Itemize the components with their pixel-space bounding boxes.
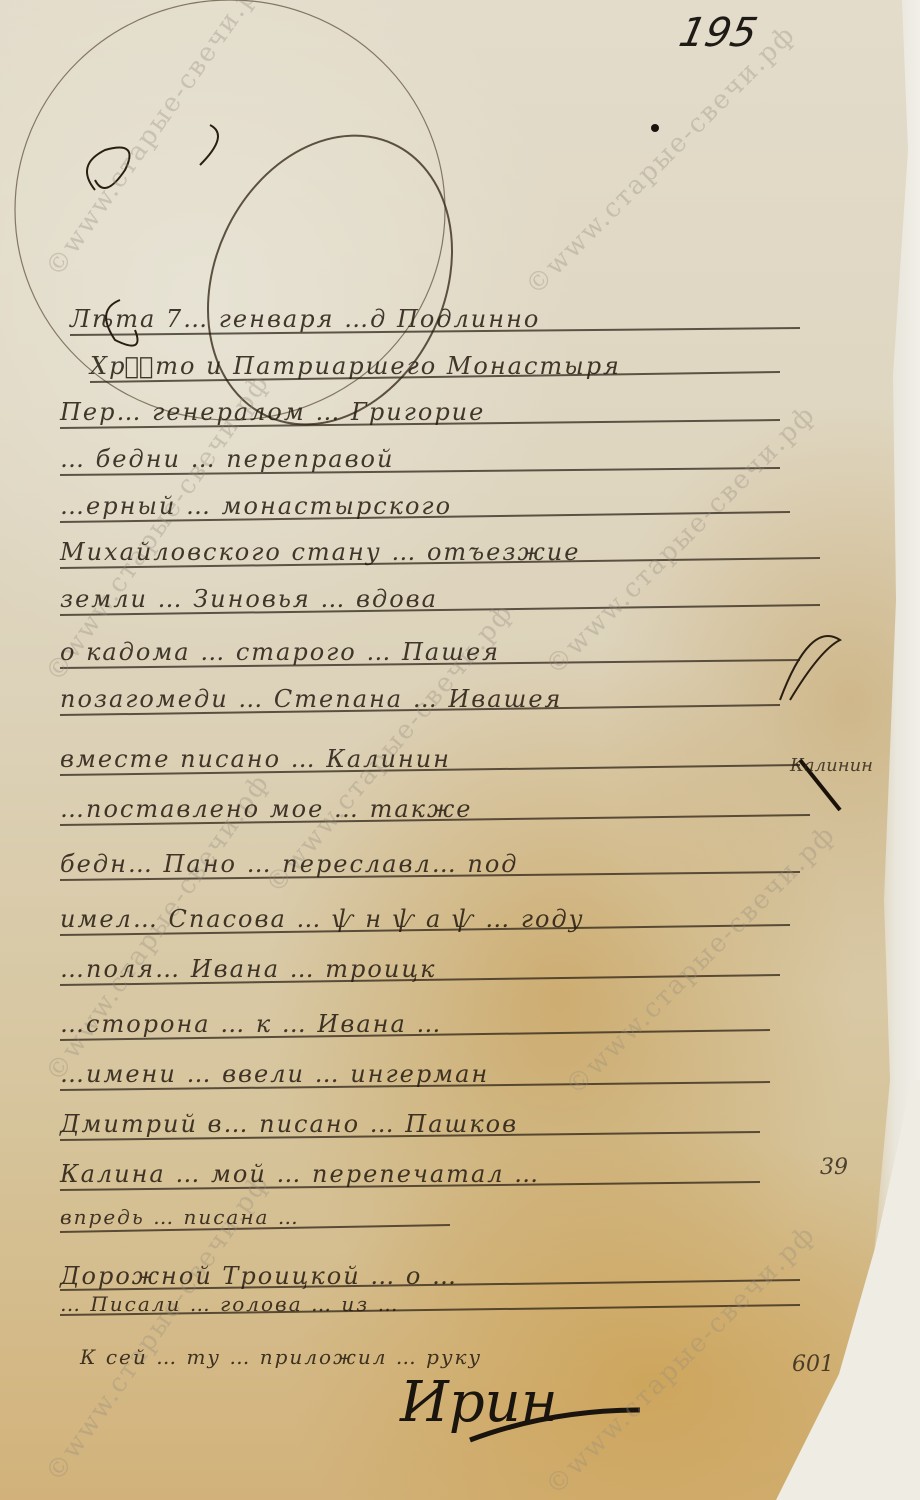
text-line: …сторона … к … Ивана … bbox=[60, 1010, 442, 1038]
text-line: о кадома … старого … Пашея bbox=[60, 638, 500, 666]
text-line: Дмитрий в… писано … Пашков bbox=[60, 1110, 518, 1138]
text-line: Дорожной Троицкой … о … bbox=[60, 1262, 458, 1290]
manuscript-page: 195 ©www.старые-свечи.рф ©www.старые-све… bbox=[0, 0, 920, 1500]
text-line: К сей … ту … приложил … руку bbox=[80, 1345, 482, 1369]
text-line: …имени … ввели … ингерман bbox=[60, 1060, 489, 1088]
text-line: … Писали … голова … из … bbox=[60, 1292, 399, 1316]
margin-note: 39 bbox=[820, 1155, 848, 1180]
margin-note: 601 bbox=[792, 1352, 834, 1377]
text-line: Калина … мой … перепечатал … bbox=[60, 1160, 540, 1188]
text-line: …поставлено мое … также bbox=[60, 795, 472, 823]
text-line: Михайловского стану … отъезжие bbox=[60, 538, 580, 566]
text-line: …ерный … монастырского bbox=[60, 492, 452, 520]
text-line: вместе писано … Калинин bbox=[60, 745, 451, 773]
text-line: …поля… Ивана … троицк bbox=[60, 955, 436, 983]
text-line: … бедни … переправой bbox=[60, 445, 394, 473]
text-line: Пер… генералом … Григорие bbox=[60, 398, 485, 426]
folio-number: 195 bbox=[675, 10, 761, 56]
text-line: имел… Спасова … ѱ н ѱ а ѱ … году bbox=[60, 905, 585, 933]
text-line: земли … Зиновья … вдова bbox=[60, 585, 438, 613]
text-line: Хрⷭ҇то и Патриаршего Монастыря bbox=[90, 352, 621, 380]
margin-note: Калинин bbox=[790, 755, 873, 776]
text-line: бедн… Пано … переславл… под bbox=[60, 850, 519, 878]
text-line: впредь … писана … bbox=[60, 1205, 300, 1229]
signature: Ирин bbox=[400, 1370, 558, 1435]
text-line: Лѣта 7… генваря …д Подлинно bbox=[70, 305, 540, 333]
text-line: позагомеди … Степана … Ивашея bbox=[60, 685, 562, 713]
